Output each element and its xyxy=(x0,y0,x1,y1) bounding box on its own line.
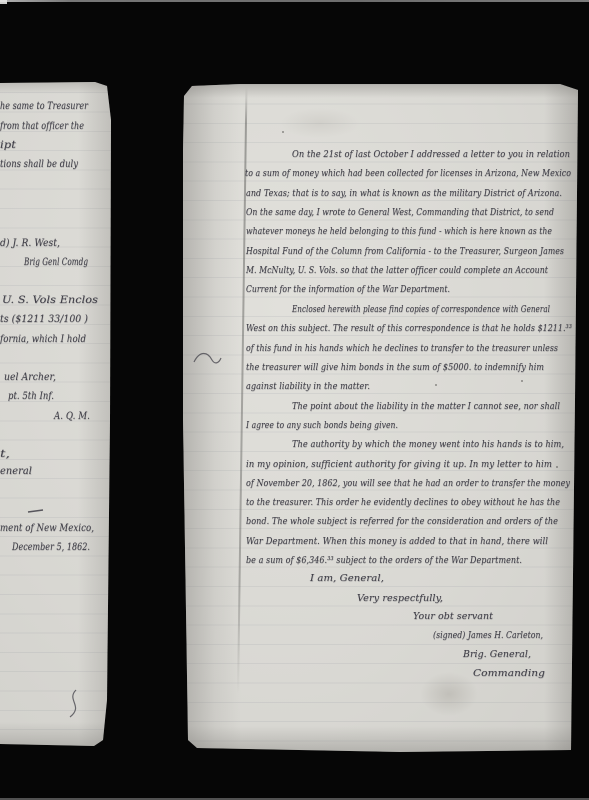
handwritten-line: West on this subject. The result of this… xyxy=(246,323,572,335)
handwritten-line: be a sum of $6,346.³³ subject to the ord… xyxy=(246,555,522,567)
handwritten-line: War Department. When this money is added… xyxy=(246,536,548,548)
handwritten-line: On the 21st of last October I addressed … xyxy=(292,149,570,161)
handwritten-line: On the same day, I wrote to General West… xyxy=(246,207,554,219)
handwritten-line: the treasurer will give him bonds in the… xyxy=(246,362,544,374)
handwritten-line: Enclosed herewith please find copies of … xyxy=(292,304,550,316)
handwritten-line: to a sum of money which had been collect… xyxy=(245,168,571,180)
handwritten-line: M. McNulty, U. S. Vols. so that the latt… xyxy=(246,265,548,277)
handwritten-line: Your obt servant xyxy=(413,611,493,623)
handwritten-line: I agree to any such bonds being given. xyxy=(246,420,398,432)
handwritten-line: Commanding xyxy=(473,668,545,680)
handwritten-line: in my opinion, sufficient authority for … xyxy=(246,459,552,471)
handwritten-line: The authority by which the money went in… xyxy=(292,439,564,451)
handwritten-line: (signed) James H. Carleton, xyxy=(433,630,543,642)
handwritten-line: Very respectfully, xyxy=(357,593,443,605)
handwritten-line: The point about the liability in the mat… xyxy=(292,401,560,413)
handwritten-line: of this fund in his hands which he decli… xyxy=(246,343,558,355)
handwritten-line: whatever moneys he held belonging to thi… xyxy=(246,226,552,238)
handwritten-line: bond. The whole subject is referred for … xyxy=(246,516,558,528)
handwritten-line: of November 20, 1862, you will see that … xyxy=(246,478,570,490)
handwritten-line: against liability in the matter. xyxy=(246,381,370,393)
handwritten-line: I am, General, xyxy=(310,573,384,585)
handwritten-line: Brig. General, xyxy=(463,649,531,661)
handwritten-line: to the treasurer. This order he evidentl… xyxy=(246,497,560,509)
document-scan-canvas: he same to Treasurerfrom that officer th… xyxy=(0,0,589,800)
handwritten-line: Hospital Fund of the Column from Califor… xyxy=(246,246,564,258)
handwritten-line: Current for the information of the War D… xyxy=(246,284,450,296)
right-page-text: On the 21st of last October I addressed … xyxy=(0,0,589,800)
handwritten-line: and Texas; that is to say, in what is kn… xyxy=(246,188,562,200)
